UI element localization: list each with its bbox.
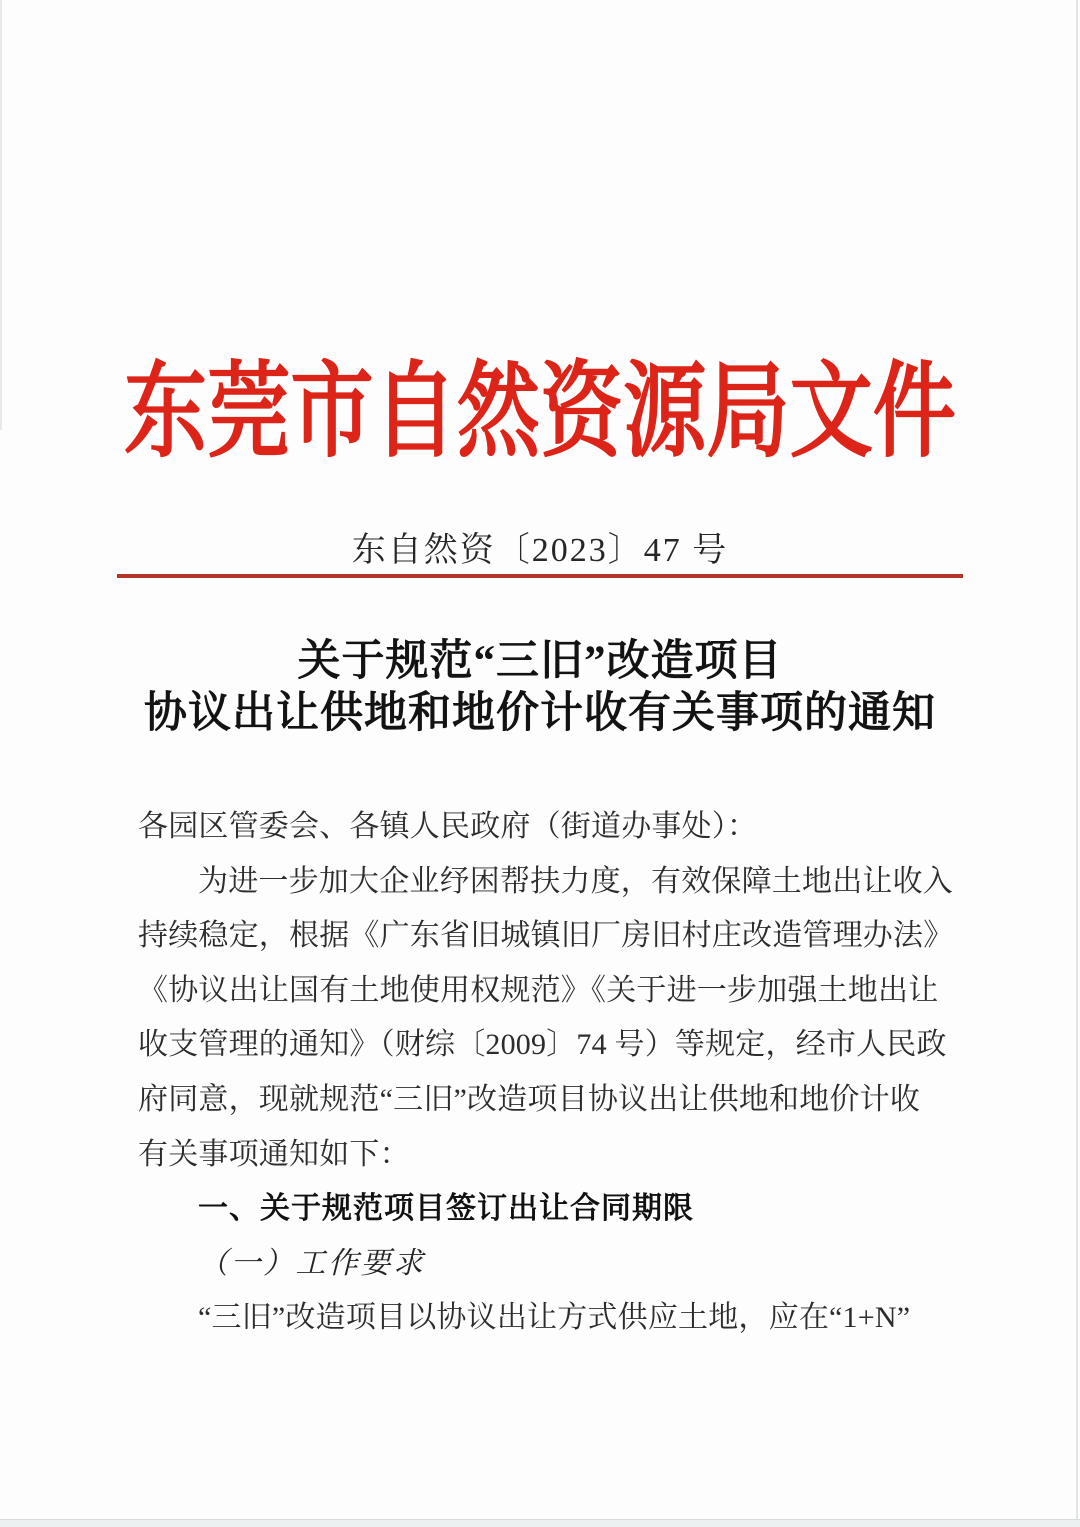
agency-header-title: 东莞市自然资源局文件 (108, 358, 972, 468)
page-bottom-edge (0, 1519, 1080, 1527)
page-left-edge (0, 0, 2, 430)
paragraph-line-1: 为进一步加大企业纾困帮扶力度，有效保障土地出让收入 (138, 855, 950, 910)
document-page: 东莞市自然资源局文件 东自然资〔2023〕47 号 关于规范“三旧”改造项目 协… (0, 0, 1080, 1527)
page-right-edge (1076, 0, 1078, 1519)
paragraph-closing-line: 有关事项通知如下： (138, 1128, 950, 1183)
doc-number: 东自然资〔2023〕47 号 (0, 531, 1080, 571)
paragraph-line-4: 收支管理的通知》（财综〔2009〕74 号）等规定，经市人民政 (138, 1018, 950, 1073)
subsection-heading: （一）工作要求 (138, 1237, 950, 1292)
document-title: 关于规范“三旧”改造项目 协议出让供地和地价计收有关事项的通知 (0, 636, 1080, 740)
paragraph-2-line-1: “三旧”改造项目以协议出让方式供应土地，应在“1+N” (138, 1291, 950, 1346)
red-divider (117, 574, 963, 578)
salutation-line: 各园区管委会、各镇人民政府（街道办事处）： (138, 800, 950, 855)
document-title-line-1: 关于规范“三旧”改造项目 (0, 636, 1080, 688)
body-text: 各园区管委会、各镇人民政府（街道办事处）： 为进一步加大企业纾困帮扶力度，有效保… (138, 800, 950, 1346)
paragraph-line-3: 《协议出让国有土地使用权规范》《关于进一步加强土地出让 (138, 964, 950, 1019)
document-title-line-2: 协议出让供地和地价计收有关事项的通知 (0, 688, 1080, 740)
section-heading: 一、关于规范项目签订出让合同期限 (138, 1182, 950, 1237)
paragraph-line-5: 府同意，现就规范“三旧”改造项目协议出让供地和地价计收 (138, 1073, 950, 1128)
paragraph-line-2: 持续稳定，根据《广东省旧城镇旧厂房旧村庄改造管理办法》 (138, 909, 950, 964)
